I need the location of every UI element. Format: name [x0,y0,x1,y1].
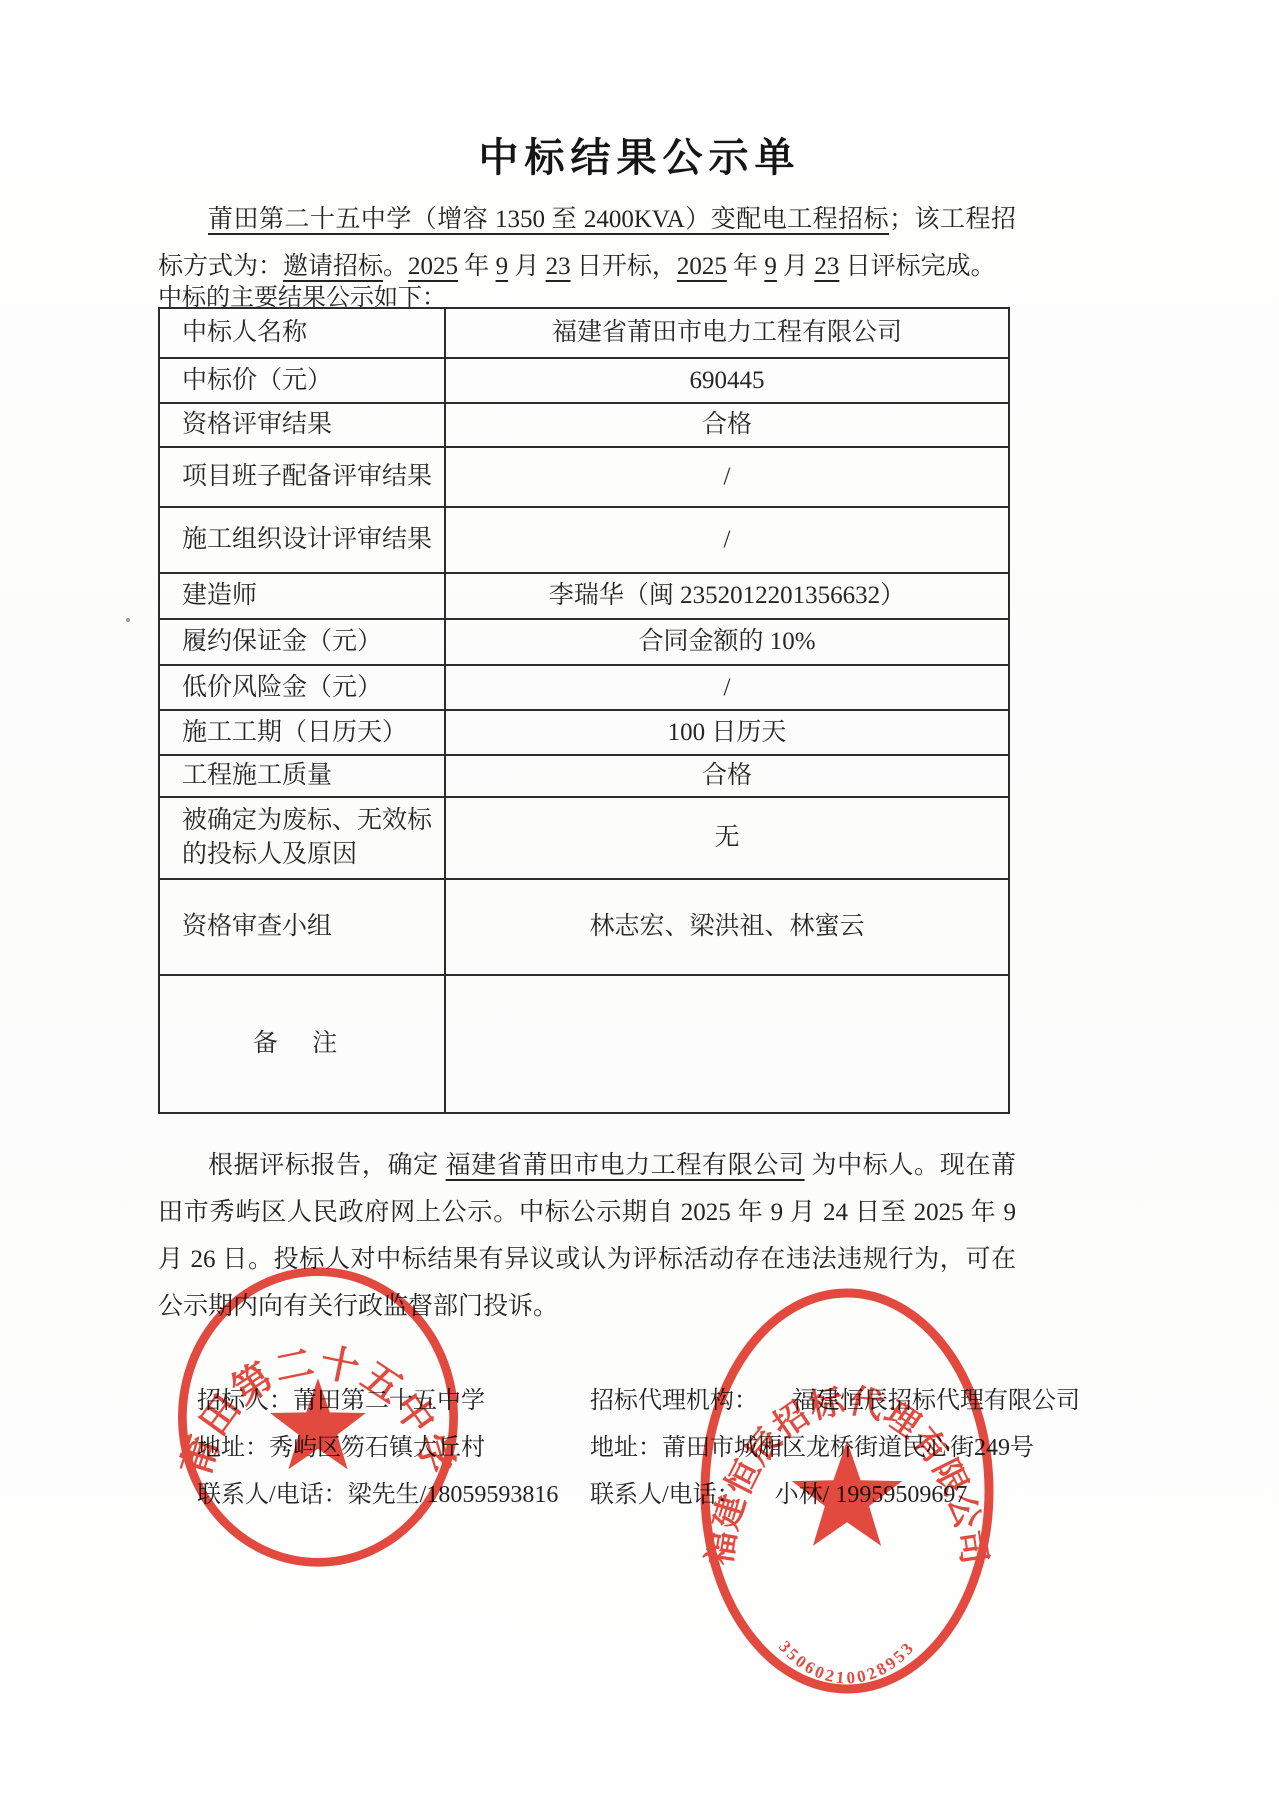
table-row: 中标价（元） 690445 [160,359,1008,404]
row-value: 合格 [446,756,1008,796]
intro-text: 月 [777,253,815,280]
tenderer-line: 招标人：莆田第二十五中学 [197,1378,558,1425]
document-page: 中标结果公示单 莆田第二十五中学（增容 1350 至 2400KVA）变配电工程… [0,0,1279,1797]
project-name-underlined: 莆田第二十五中学（增容 1350 至 2400KVA）变配电工程招标 [208,206,889,233]
tenderer-phone-line: 联系人/电话：梁先生/18059593816 [197,1472,558,1519]
table-row: 中标人名称 福建省莆田市电力工程有限公司 [160,309,1008,359]
eval-month-underlined: 9 [764,253,777,280]
tenderer-address-line: 地址：秀屿区笏石镇大丘村 [197,1425,558,1472]
bid-method-underlined: 邀请招标 [283,253,383,280]
row-label: 资格审查小组 [160,880,446,974]
open-year-underlined: 2025 [408,253,458,280]
agency-phone-label: 联系人/电话： [590,1482,741,1508]
intro-text: 年 [458,253,496,280]
row-label: 施工组织设计评审结果 [160,508,446,572]
row-label: 项目班子配备评审结果 [160,448,446,506]
agency-name: 福建恒辰招标代理有限公司 [792,1388,1080,1414]
row-label: 施工工期（日历天） [160,711,446,754]
intro-text: 月 [508,253,546,280]
row-label: 低价风险金（元） [160,666,446,709]
open-day-underlined: 23 [546,253,571,280]
page-title: 中标结果公示单 [0,126,1279,183]
table-row: 低价风险金（元） / [160,666,1008,711]
row-value: / [446,666,1008,709]
agency-phone-value: 小林/ 19959509697 [775,1482,968,1508]
table-row: 被确定为废标、无效标的投标人及原因 无 [160,798,1008,880]
row-label: 备 注 [160,976,446,1112]
table-row: 建造师 李瑞华（闽 2352012201356632） [160,574,1008,620]
closing-text: 根据评标报告，确定 [208,1152,446,1179]
agency-phone-line: 联系人/电话：小林/ 19959509697 [590,1472,1080,1519]
open-month-underlined: 9 [496,253,509,280]
result-table: 中标人名称 福建省莆田市电力工程有限公司 中标价（元） 690445 资格评审结… [158,307,1010,1114]
row-value: 福建省莆田市电力工程有限公司 [446,309,1008,357]
row-value: 合格 [446,404,1008,446]
scan-speck [126,618,130,622]
intro-paragraph: 莆田第二十五中学（增容 1350 至 2400KVA）变配电工程招标；该工程招标… [158,196,1016,290]
agency-line: 招标代理机构：福建恒辰招标代理有限公司 [590,1378,1080,1425]
intro-text: 。 [383,253,408,280]
row-value [446,976,1008,1112]
row-value: 李瑞华（闽 2352012201356632） [446,574,1008,618]
intro-text: 日评标完成。 [839,253,995,280]
eval-year-underlined: 2025 [677,253,727,280]
row-label: 被确定为废标、无效标的投标人及原因 [160,798,446,878]
row-label: 履约保证金（元） [160,620,446,664]
table-row: 工程施工质量 合格 [160,756,1008,798]
row-value: 690445 [446,359,1008,402]
row-label: 中标价（元） [160,359,446,402]
table-row: 施工工期（日历天） 100 日历天 [160,711,1008,756]
seal-serial-number: 35060210028953 [775,1637,919,1688]
row-value: / [446,448,1008,506]
row-label: 建造师 [160,574,446,618]
row-label: 资格评审结果 [160,404,446,446]
table-row: 资格评审结果 合格 [160,404,1008,448]
row-value: 林志宏、梁洪祖、林蜜云 [446,880,1008,974]
agency-contact-block: 招标代理机构：福建恒辰招标代理有限公司 地址：莆田市城厢区龙桥街道民心街249号… [590,1378,1080,1519]
table-row: 资格审查小组 林志宏、梁洪祖、林蜜云 [160,880,1008,976]
row-label: 中标人名称 [160,309,446,357]
agency-label: 招标代理机构： [590,1388,758,1414]
row-value: 无 [446,798,1008,878]
agency-address-line: 地址：莆田市城厢区龙桥街道民心街249号 [590,1425,1080,1472]
row-value: 合同金额的 10% [446,620,1008,664]
intro-text: 年 [727,253,765,280]
eval-day-underlined: 23 [814,253,839,280]
table-row: 履约保证金（元） 合同金额的 10% [160,620,1008,666]
row-value: / [446,508,1008,572]
table-row: 项目班子配备评审结果 / [160,448,1008,508]
row-label: 工程施工质量 [160,756,446,796]
table-row: 施工组织设计评审结果 / [160,508,1008,574]
intro-text: 日开标， [571,253,677,280]
row-value: 100 日历天 [446,711,1008,754]
table-row: 备 注 [160,976,1008,1112]
tenderer-contact-block: 招标人：莆田第二十五中学 地址：秀屿区笏石镇大丘村 联系人/电话：梁先生/180… [197,1378,558,1519]
closing-paragraph: 根据评标报告，确定 福建省莆田市电力工程有限公司 为中标人。现在莆田市秀屿区人民… [158,1142,1016,1330]
winner-name-underlined: 福建省莆田市电力工程有限公司 [446,1152,805,1179]
